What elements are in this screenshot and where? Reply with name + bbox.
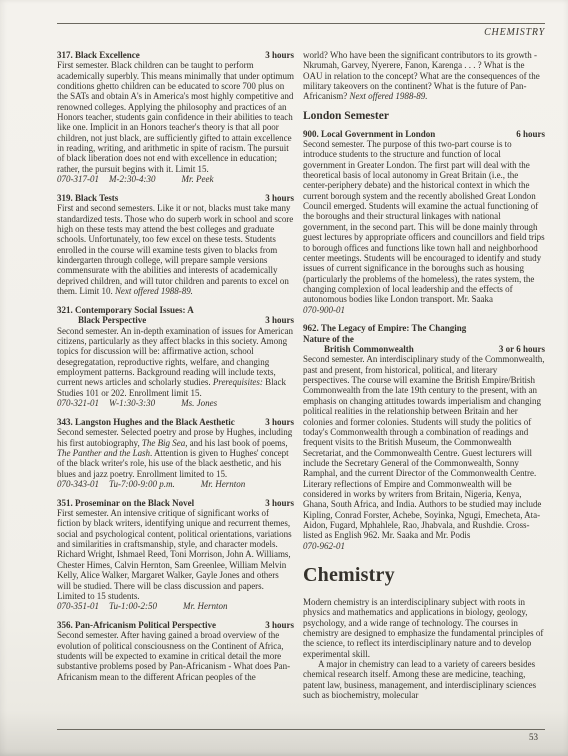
course-356-continuation: world? Who have been the significant con…	[303, 50, 545, 102]
course-code: 070-343-01	[57, 479, 99, 489]
course-description: First and second semesters. Like it or n…	[57, 203, 294, 296]
course-heading: 317. Black Excellence 3 hours	[57, 50, 294, 60]
course-321-contemporary-social-issues: 321. Contemporary Social Issues: A Black…	[57, 305, 294, 408]
course-title-line1: 319. Black Tests	[57, 193, 259, 203]
course-code-line: 070-317-01M-2:30-4:30Mr. Peek	[57, 174, 294, 184]
chemistry-department-heading: Chemistry	[303, 564, 545, 586]
course-hours: 3 or 6 hours	[493, 344, 545, 354]
course-title: 356. Pan-Africanism Political Perspectiv…	[57, 620, 259, 630]
course-code-line: 070-321-01W-1:30-3:30Ms. Jones	[57, 398, 294, 408]
course-description: Second semester. The purpose of this two…	[303, 139, 545, 305]
course-title: 319. Black Tests	[57, 193, 259, 203]
course-instructor: Ms. Jones	[181, 398, 217, 408]
course-description: Second semester. After having gained a b…	[57, 630, 294, 682]
course-code-line: 070-343-01Tu-7:00-9:00 p.m.Mr. Hernton	[57, 479, 294, 489]
course-heading: 962. The Legacy of Empire: The Changing …	[303, 323, 545, 354]
course-time: M-2:30-4:30	[109, 174, 156, 184]
course-heading: 900. Local Government in London 6 hours	[303, 129, 545, 139]
course-code: 070-317-01	[57, 174, 99, 184]
course-title-line1: 343. Langston Hughes and the Black Aesth…	[57, 417, 259, 427]
running-head: CHEMISTRY	[57, 27, 545, 38]
course-title: 343. Langston Hughes and the Black Aesth…	[57, 417, 259, 427]
course-description: Second semester. Selected poetry and pro…	[57, 427, 294, 479]
course-900-local-government-london: 900. Local Government in London 6 hours …	[303, 129, 545, 315]
course-code: 070-321-01	[57, 398, 99, 408]
course-heading: 321. Contemporary Social Issues: A Black…	[57, 305, 294, 326]
course-title: 962. The Legacy of Empire: The Changing …	[303, 323, 493, 354]
course-code-line: 070-900-01	[303, 305, 545, 315]
course-code: 070-962-01	[303, 541, 345, 551]
course-title: 900. Local Government in London	[303, 129, 510, 139]
course-code: 070-351-01	[57, 601, 99, 611]
course-instructor: Mr. Hernton	[201, 479, 246, 489]
course-title-line2: Black Perspective	[57, 315, 259, 325]
course-time: Tu-7:00-9:00 p.m.	[109, 479, 175, 489]
course-356-pan-africanism: 356. Pan-Africanism Political Perspectiv…	[57, 620, 294, 682]
course-heading: 319. Black Tests 3 hours	[57, 193, 294, 203]
course-title-line1: 351. Proseminar on the Black Novel	[57, 498, 259, 508]
london-semester-heading: London Semester	[303, 110, 545, 123]
course-title-line1: 356. Pan-Africanism Political Perspectiv…	[57, 620, 259, 630]
chemistry-intro-paragraph-2: A major in chemistry can lead to a varie…	[303, 659, 545, 700]
course-962-legacy-of-empire: 962. The Legacy of Empire: The Changing …	[303, 323, 545, 551]
page-number: 53	[57, 732, 545, 742]
course-hours: 3 hours	[259, 50, 294, 60]
course-description: First semester. Black children can be ta…	[57, 60, 294, 174]
course-time: Tu-1:00-2:50	[109, 601, 157, 611]
course-heading: 356. Pan-Africanism Political Perspectiv…	[57, 620, 294, 630]
course-title-line1: 962. The Legacy of Empire: The Changing …	[303, 323, 493, 344]
course-hours: 3 hours	[259, 417, 294, 427]
course-title-line2: British Commonwealth	[303, 344, 493, 354]
catalog-page: CHEMISTRY 317. Black Excellence 3 hours …	[0, 0, 568, 756]
right-column: world? Who have been the significant con…	[303, 50, 545, 700]
course-heading: 351. Proseminar on the Black Novel 3 hou…	[57, 498, 294, 508]
course-title: 317. Black Excellence	[57, 50, 259, 60]
chemistry-intro-paragraph-1: Modern chemistry is an interdisciplinary…	[303, 597, 545, 659]
left-column: 317. Black Excellence 3 hours First seme…	[57, 50, 294, 700]
course-343-langston-hughes: 343. Langston Hughes and the Black Aesth…	[57, 417, 294, 489]
page-content: CHEMISTRY 317. Black Excellence 3 hours …	[57, 0, 545, 700]
header-rule	[57, 23, 545, 24]
course-317-black-excellence: 317. Black Excellence 3 hours First seme…	[57, 50, 294, 184]
course-hours: 3 hours	[259, 620, 294, 630]
course-hours: 6 hours	[510, 129, 545, 139]
course-description: Second semester. An interdisciplinary st…	[303, 354, 545, 540]
course-code: 070-900-01	[303, 305, 345, 315]
course-title-line1: 900. Local Government in London	[303, 129, 510, 139]
course-351-proseminar-black-novel: 351. Proseminar on the Black Novel 3 hou…	[57, 498, 294, 612]
course-time: W-1:30-3:30	[109, 398, 155, 408]
course-319-black-tests: 319. Black Tests 3 hours First and secon…	[57, 193, 294, 296]
course-hours: 3 hours	[259, 315, 294, 325]
course-instructor: Mr. Hernton	[183, 601, 228, 611]
course-title: 351. Proseminar on the Black Novel	[57, 498, 259, 508]
course-title-line1: 321. Contemporary Social Issues: A	[57, 305, 259, 315]
course-code-line: 070-962-01	[303, 541, 545, 551]
course-hours: 3 hours	[259, 193, 294, 203]
course-instructor: Mr. Peek	[182, 174, 214, 184]
two-column-layout: 317. Black Excellence 3 hours First seme…	[57, 50, 545, 700]
course-hours: 3 hours	[259, 498, 294, 508]
course-description: Second semester. An in-depth examination…	[57, 326, 294, 398]
course-heading: 343. Langston Hughes and the Black Aesth…	[57, 417, 294, 427]
course-description: First semester. An intensive critique of…	[57, 508, 294, 601]
footer-rule: 53	[57, 729, 545, 742]
course-code-line: 070-351-01Tu-1:00-2:50Mr. Hernton	[57, 601, 294, 611]
course-title-line1: 317. Black Excellence	[57, 50, 259, 60]
course-title: 321. Contemporary Social Issues: A Black…	[57, 305, 259, 326]
